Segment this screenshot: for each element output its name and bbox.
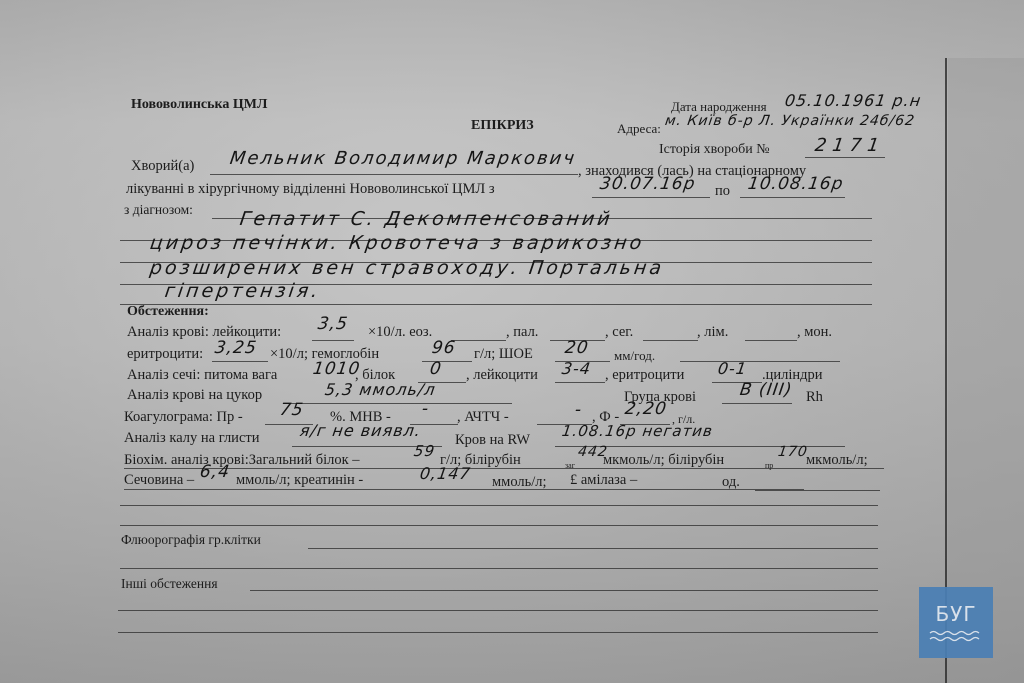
rh-label: Rh	[806, 389, 823, 405]
amylase-label: £ амілаза –	[570, 472, 637, 488]
urea-underline	[124, 489, 804, 490]
treatment-label: лікуванні в хірургічному відділенні Ново…	[126, 181, 495, 197]
diagnosis-text-2: цироз печінки. Кровотеча з варикозно	[148, 232, 645, 254]
erythrocytes-underline	[212, 361, 268, 362]
leukocytes-value: 3,5	[317, 314, 350, 334]
diagnosis-line-5	[120, 304, 872, 305]
institution-name: Нововолинська ЦМЛ	[131, 97, 267, 113]
history-value: 2171	[814, 135, 887, 156]
patient-label: Хворий(а)	[131, 158, 194, 174]
patient-name: Мельник Володимир Маркович	[229, 148, 578, 169]
patient-underline	[210, 174, 578, 175]
fluorography-label: Флюорографія гр.клітки	[121, 532, 261, 548]
bilirubin-direct-sub: пр	[765, 458, 773, 474]
sugar-label: Аналіз крові на цукор	[127, 387, 262, 403]
urea-value: 6,4	[199, 462, 232, 482]
bug-watermark-logo: БУГ	[919, 587, 993, 658]
lim-underline	[745, 340, 797, 341]
blood-group-value: B (III)	[739, 380, 794, 400]
creatinine-unit: ммоль/л;	[492, 474, 547, 490]
blood-group-underline	[722, 403, 792, 404]
bilirubin-direct-unit: мкмоль/л;	[806, 452, 868, 468]
achtch-value: -	[574, 400, 584, 420]
address-value: м. Київ б-р Л. Українки 24б/62	[664, 113, 916, 129]
date-to-label: по	[715, 183, 730, 199]
date-to: 10.08.16р	[747, 174, 845, 194]
blood-unit-1: ×10/л. еоз.	[368, 324, 432, 340]
other-exams-label: Інші обстеження	[121, 576, 218, 592]
urine-erythro-value: 0-1	[717, 359, 749, 378]
lim-label: , лім.	[697, 324, 728, 340]
blank-line-5	[118, 632, 878, 633]
urine-erythro-label: , еритроцити	[605, 367, 684, 383]
blank-line-4	[118, 610, 878, 611]
history-label: Історія хвороби №	[659, 142, 770, 158]
diagnosis-text-4: гіпертензія.	[163, 280, 322, 302]
birth-date-value: 05.10.1961 р.н	[784, 91, 923, 110]
diagnosis-text-1: Гепатит С. Декомпенсований	[238, 208, 614, 230]
stool-value: я/г не виявл.	[299, 421, 423, 440]
pr-value: 75	[279, 400, 305, 420]
pal-label: , пал.	[506, 324, 538, 340]
hb-unit: г/л; ШОЕ	[474, 346, 533, 362]
document-title: ЕПІКРИЗ	[471, 118, 534, 134]
mon-label: , мон.	[797, 324, 832, 340]
total-protein-value: 59	[413, 442, 437, 460]
examinations-heading: Обстеження:	[127, 304, 209, 320]
leukocytes-underline	[312, 340, 354, 341]
erythrocytes-value: 3,25	[214, 338, 259, 358]
history-underline	[805, 157, 885, 158]
date-from-underline	[592, 197, 710, 198]
bilirubin-direct-value: 170	[777, 444, 809, 460]
waves-icon	[928, 629, 984, 643]
mnv-value: -	[421, 399, 431, 419]
urine-leuko-underline	[555, 382, 605, 383]
erythrocytes-label: еритроцити:	[127, 346, 203, 362]
hemoglobin-underline	[422, 361, 472, 362]
seg-label: , сег.	[605, 324, 633, 340]
urine-leuko-value: 3-4	[561, 359, 593, 378]
rw-label: Кров на RW	[455, 432, 530, 448]
urine-protein-value: 0	[429, 359, 444, 379]
address-label: Адреса:	[617, 121, 661, 137]
urine-leuko-label: , лейкоцити	[466, 367, 538, 383]
blank-line-2	[120, 525, 878, 526]
hemoglobin-value: 96	[431, 338, 457, 358]
bilirubin-unit: мкмоль/л; білірубін	[603, 452, 724, 468]
date-from: 30.07.16р	[599, 174, 697, 194]
urine-label: Аналіз сечі: питома вага	[127, 367, 277, 383]
fluorography-underline	[308, 548, 878, 549]
seg-underline	[643, 340, 698, 341]
logo-text: БУГ	[935, 602, 976, 626]
diagnosis-label: з діагнозом:	[124, 202, 193, 218]
diagnosis-text-3: розширених вен стравоходу. Портальна	[148, 257, 665, 279]
date-to-underline	[740, 197, 845, 198]
urea-unit: ммоль/л; креатинін -	[236, 472, 363, 488]
urea-label: Сечовина –	[124, 472, 194, 488]
eos-underline	[451, 340, 506, 341]
achtch-label: , АЧТЧ -	[457, 409, 509, 425]
epicrisis-document: Нововолинська ЦМЛ Дата народження 05.10.…	[0, 0, 1024, 683]
rw-value: 1.08.16р негатив	[561, 422, 715, 440]
esr-unit: мм/год.	[614, 348, 655, 364]
biochem-underline	[124, 468, 884, 469]
amylase-underline	[755, 490, 880, 491]
coag-label: Коагулограма: Пр -	[124, 409, 243, 425]
amylase-unit: од.	[722, 474, 740, 490]
f-value: 2,20	[624, 399, 669, 419]
other-exams-underline	[250, 590, 878, 591]
esr-value: 20	[564, 338, 590, 358]
blank-line-1	[120, 505, 878, 506]
blank-line-3	[120, 568, 878, 569]
biochem-label: Біохім. аналіз крові:Загальний білок –	[124, 452, 360, 468]
esr-extra-underline	[680, 361, 840, 362]
sugar-value: 5,3 ммоль/л	[324, 380, 437, 399]
stool-label: Аналіз калу на глисти	[124, 430, 259, 446]
creatinine-value: 0,147	[419, 464, 472, 483]
sugar-underline	[290, 403, 512, 404]
